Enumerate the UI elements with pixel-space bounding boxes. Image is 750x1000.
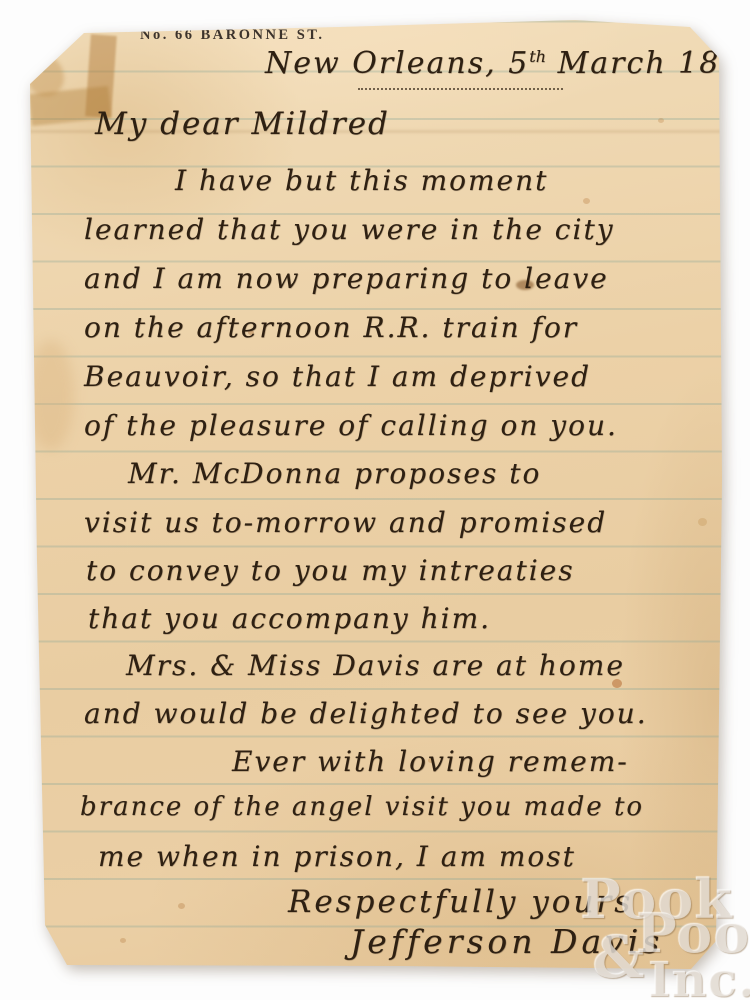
tape-stain xyxy=(28,56,64,96)
letter-line: Mr. McDonna proposes to xyxy=(128,457,541,490)
letter-line: and I am now preparing to leave xyxy=(84,262,609,295)
speck xyxy=(658,118,664,123)
speck xyxy=(120,938,126,943)
dateline-month-year: March 1886 xyxy=(558,46,750,81)
printed-letterhead-address: No. 66 BARONNE ST. xyxy=(140,27,325,44)
letter-line: Ever with loving remem- xyxy=(232,745,629,778)
speck xyxy=(698,518,707,526)
salutation: My dear Mildred xyxy=(95,106,390,142)
letter-line: and would be delighted to see you. xyxy=(84,697,648,730)
paper-shadow: No. 66 BARONNE ST. New Orleans, 5th Marc… xyxy=(0,0,750,1000)
letter-line: me when in prison, I am most xyxy=(98,840,576,873)
letter-line: learned that you were in the city xyxy=(84,213,615,246)
dateline-place: New Orleans, xyxy=(265,46,497,81)
letter-line: I have but this moment xyxy=(175,164,548,197)
letter-line: Beauvoir, so that I am deprived xyxy=(84,360,591,393)
letter-line: on the afternoon R.R. train for xyxy=(84,311,578,344)
dateline: New Orleans, 5th March 1886 xyxy=(265,46,750,81)
letter-line: visit us to-morrow and promised xyxy=(84,506,607,539)
letter-line: brance of the angel visit you made to xyxy=(80,792,644,822)
speck xyxy=(178,903,185,909)
letter-paper: No. 66 BARONNE ST. New Orleans, 5th Marc… xyxy=(0,0,750,1000)
edge-stain xyxy=(28,340,74,450)
watermark-text: Inc. xyxy=(648,956,750,1000)
letter-line: to convey to you my intreaties xyxy=(86,554,575,587)
letter-line: of the pleasure of calling on you. xyxy=(84,409,618,442)
letter-line: Mrs. & Miss Davis are at home xyxy=(126,649,625,682)
speck xyxy=(583,198,590,204)
letter-line: that you accompany him. xyxy=(88,602,491,635)
dateline-day-suffix: th xyxy=(529,47,546,66)
dateline-day: 5 xyxy=(508,46,529,81)
scanned-letter-photo: No. 66 BARONNE ST. New Orleans, 5th Marc… xyxy=(0,0,750,1000)
